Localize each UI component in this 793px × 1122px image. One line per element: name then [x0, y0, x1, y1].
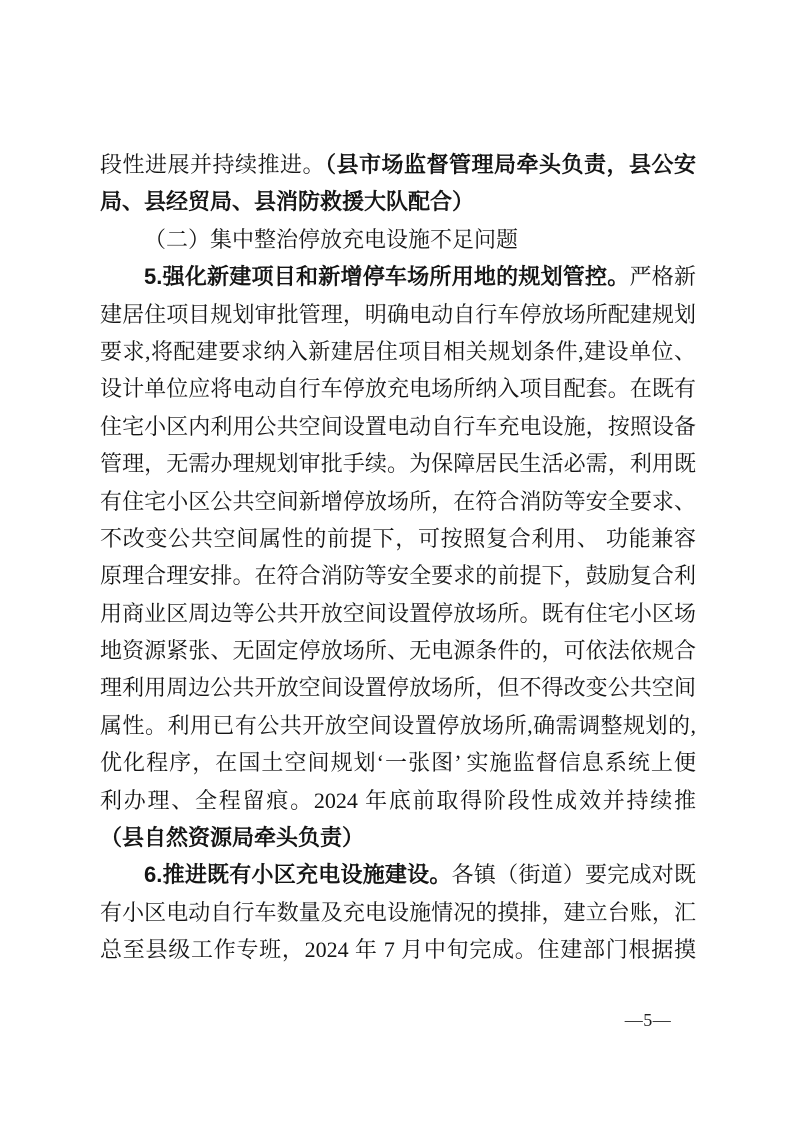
text-line: 用商业区周边等公共开放空间设置停放场所。既有住宅小区场	[100, 595, 696, 632]
text-line: 理利用周边公共开放空间设置停放场所，但不得改变公共空间	[100, 669, 696, 706]
text-line: 住宅小区内利用公共空间设置电动自行车充电设施，按照设备	[100, 408, 696, 445]
text-segment: （县市场监督管理局牵头负责，县公安	[325, 152, 696, 177]
text-segment: 用商业区周边等公共开放空间设置停放场所。既有住宅小区场	[100, 601, 696, 626]
text-line: 不改变公共空间属性的前提下，可按照复合利用、 功能兼容的	[100, 520, 696, 557]
text-segment: （二）集中整治停放充电设施不足问题	[144, 227, 518, 252]
text-line: 管理，无需办理规划审批手续。为保障居民生活必需，利用既	[100, 445, 696, 482]
document-page: 段性进展并持续推进。（县市场监督管理局牵头负责，县公安局、县经贸局、县消防救援大…	[0, 0, 793, 1122]
text-segment: 有小区电动自行车数量及充电设施情况的摸排，建立台账，汇	[100, 900, 696, 925]
text-segment: 地资源紧张、无固定停放场所、无电源条件的，可依法依规合	[100, 638, 696, 663]
text-segment: 有住宅小区公共空间新增停放场所，在符合消防等安全要求、	[100, 489, 696, 514]
text-segment: 属性。利用已有公共开放空间设置停放场所,确需调整规划的,	[100, 713, 696, 738]
text-line: 利办理、全程留痕。2024 年底前取得阶段性成效并持续推进。	[100, 782, 696, 819]
text-line: 有住宅小区公共空间新增停放场所，在符合消防等安全要求、	[100, 483, 696, 520]
text-segment: 住宅小区内利用公共空间设置电动自行车充电设施，按照设备	[100, 414, 696, 439]
text-line: 段性进展并持续推进。（县市场监督管理局牵头负责，县公安	[100, 146, 696, 183]
text-segment: 总至县级工作专班，2024 年 7 月中旬完成。住建部门根据摸排	[100, 937, 696, 968]
text-line: 6.推进既有小区充电设施建设。各镇（街道）要完成对既	[100, 856, 696, 893]
text-segment: 利办理、全程留痕。2024 年底前取得阶段性成效并持续推进。	[100, 788, 696, 819]
text-segment: 理利用周边公共开放空间设置停放场所，但不得改变公共空间	[100, 675, 696, 700]
text-segment: 局、县经贸局、县消防救援大队配合）	[100, 189, 474, 214]
text-segment: 5.强化新建项目和新增停车场所用地的规划管控。	[144, 264, 630, 289]
text-segment: 要求,将配建要求纳入新建居住项目相关规划条件,建设单位、	[100, 339, 696, 364]
text-segment: 段性进展并持续推进。	[100, 152, 325, 177]
text-line: 总至县级工作专班，2024 年 7 月中旬完成。住建部门根据摸排	[100, 931, 696, 968]
text-line: 原理合理安排。在符合消防等安全要求的前提下，鼓励复合利	[100, 557, 696, 594]
text-segment: 不改变公共空间属性的前提下，可按照复合利用、 功能兼容的	[100, 526, 696, 557]
text-line: 有小区电动自行车数量及充电设施情况的摸排，建立台账，汇	[100, 894, 696, 931]
text-line: 地资源紧张、无固定停放场所、无电源条件的，可依法依规合	[100, 632, 696, 669]
text-segment: 原理合理安排。在符合消防等安全要求的前提下，鼓励复合利	[100, 563, 696, 588]
page-number: —5—	[618, 1007, 678, 1033]
text-segment: 严格新	[630, 264, 696, 289]
text-segment: 设计单位应将电动自行车停放充电场所纳入项目配套。在既有	[100, 376, 696, 401]
text-segment: 管理，无需办理规划审批手续。为保障居民生活必需，利用既	[100, 451, 696, 476]
text-line: 设计单位应将电动自行车停放充电场所纳入项目配套。在既有	[100, 370, 696, 407]
text-line: 属性。利用已有公共开放空间设置停放场所,确需调整规划的,	[100, 707, 696, 744]
text-line: （县自然资源局牵头负责）	[100, 819, 696, 856]
text-segment: （县自然资源局牵头负责）	[100, 825, 364, 850]
text-line: 5.强化新建项目和新增停车场所用地的规划管控。严格新	[100, 258, 696, 295]
text-line: 建居住项目规划审批管理，明确电动自行车停放场所配建规划	[100, 296, 696, 333]
text-segment: 6.推进既有小区充电设施建设。	[144, 862, 452, 887]
text-segment: 各镇（街道）要完成对既	[452, 862, 696, 887]
text-segment: 建居住项目规划审批管理，明确电动自行车停放场所配建规划	[100, 302, 696, 327]
text-segment: 优化程序，在国土空间规划‘一张图’ 实施监督信息系统上便	[100, 750, 696, 775]
document-body: 段性进展并持续推进。（县市场监督管理局牵头负责，县公安局、县经贸局、县消防救援大…	[100, 146, 696, 969]
text-line: 要求,将配建要求纳入新建居住项目相关规划条件,建设单位、	[100, 333, 696, 370]
text-line: 局、县经贸局、县消防救援大队配合）	[100, 183, 696, 220]
text-line: （二）集中整治停放充电设施不足问题	[100, 221, 696, 258]
text-line: 优化程序，在国土空间规划‘一张图’ 实施监督信息系统上便	[100, 744, 696, 781]
